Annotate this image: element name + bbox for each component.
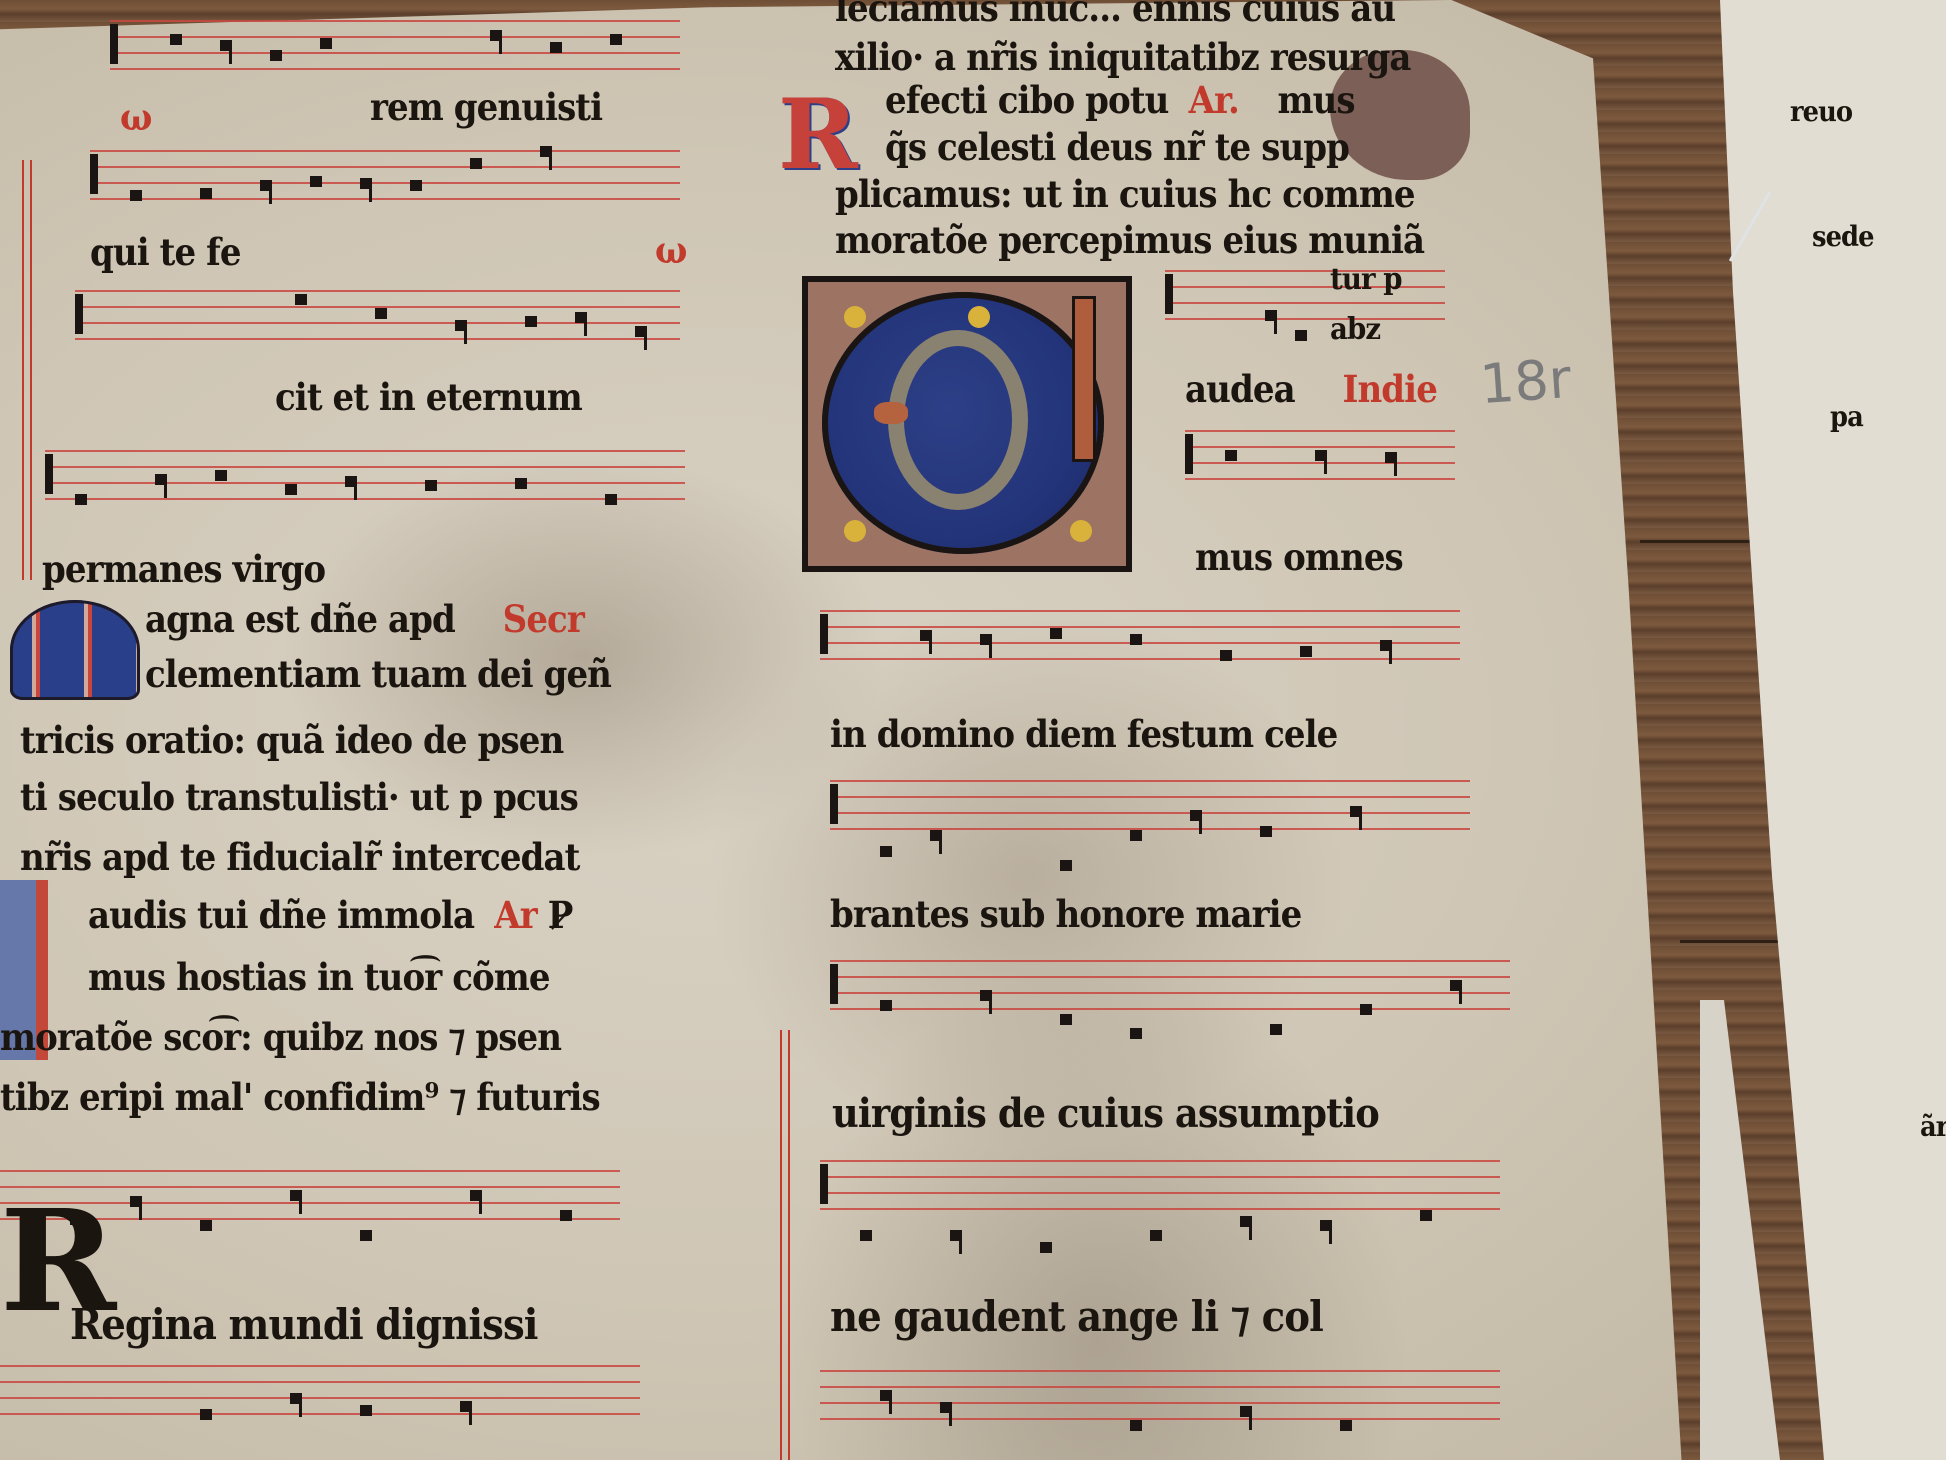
fragment-text: sede xyxy=(1812,220,1874,253)
prayer-text: agna est dñe apd xyxy=(145,597,455,641)
underlying-leaf-edge xyxy=(1700,1000,1780,1460)
rubric-text: ω xyxy=(655,228,686,272)
lyric-text: Regina mundi dignissi xyxy=(70,1300,538,1349)
prayer-line: tibz eripi mal' confidim⁹ ⁊ futuris xyxy=(0,1075,600,1119)
clef-icon xyxy=(45,454,53,494)
lyric-text: ne gaudent ange li ⁊ col xyxy=(830,1292,1323,1341)
lyric-text: cit et in eternum xyxy=(275,375,582,419)
lyric-text: rem genuisti xyxy=(370,85,602,129)
prayer-line: mus hostias in tuo͡r cõme xyxy=(88,955,550,999)
serpent-figure xyxy=(888,330,1028,510)
rubric-label: Indie xyxy=(1342,367,1436,411)
music-staff xyxy=(1185,430,1455,482)
prayer-line: ti seculo transtulisti· ut p pcus xyxy=(20,775,578,819)
clef-icon xyxy=(830,964,838,1004)
prayer-line: nr̃is apd te fiducialr̃ intercedat xyxy=(20,835,579,879)
lyric-text: in domino diem festum cele xyxy=(830,712,1337,756)
lyric-text: brantes sub honore marie xyxy=(830,892,1301,936)
music-staff xyxy=(830,960,1510,1012)
clef-icon xyxy=(1165,274,1173,314)
gold-dot xyxy=(844,520,866,542)
red-border-center xyxy=(780,1030,790,1460)
prayer-line: moratõe percepimus eius muniã xyxy=(835,218,1424,262)
music-staff xyxy=(110,20,680,72)
music-staff xyxy=(820,1370,1500,1422)
prayer-line: audis tui dñe immola Ar P̷ xyxy=(88,893,572,937)
prayer-text: audis tui dñe immola xyxy=(88,893,474,937)
aside-text: tur p xyxy=(1330,262,1402,297)
clef-icon xyxy=(1185,434,1193,474)
prayer-line: moratõe sco͡r: quibz nos ⁊ psen xyxy=(0,1015,561,1059)
lyric-text: audea xyxy=(1185,367,1295,411)
clef-icon xyxy=(830,784,838,824)
lyric-text: mus omnes xyxy=(1195,535,1403,579)
prayer-suffix: mus xyxy=(1277,78,1354,122)
clef-icon xyxy=(820,1164,828,1204)
decorated-initial-M xyxy=(10,600,140,700)
gold-dot xyxy=(844,306,866,328)
prayer-line: tricis oratio: quã ideo de psen xyxy=(20,718,563,762)
red-border-left xyxy=(22,160,32,580)
folio-number: 18r xyxy=(1478,347,1573,416)
rubric-text: ω xyxy=(120,95,151,139)
music-staff xyxy=(820,610,1460,662)
historiated-initial-G xyxy=(802,276,1132,572)
clef-icon xyxy=(75,294,83,334)
lyric-text: qui te fe xyxy=(90,230,241,274)
prayer-line: q̃s celesti deus nr̃ te supp xyxy=(885,125,1349,169)
music-staff xyxy=(90,150,680,202)
prayer-suffix: P̷ xyxy=(548,893,573,937)
music-staff xyxy=(1165,270,1445,322)
rubric-label: Secr xyxy=(503,597,584,641)
gold-dot xyxy=(1070,520,1092,542)
rubric-label: Ar xyxy=(494,893,537,937)
music-staff xyxy=(830,780,1470,832)
clef-icon xyxy=(90,154,98,194)
fragment-text: pa xyxy=(1830,400,1863,433)
music-staff xyxy=(75,290,680,342)
music-staff xyxy=(820,1160,1500,1212)
lyric-text: permanes virgo xyxy=(42,547,325,591)
gold-dot xyxy=(968,306,990,328)
clef-icon xyxy=(820,614,828,654)
serpent-head xyxy=(874,402,908,424)
prayer-line: plicamus: ut in cuius hc comme xyxy=(835,172,1415,216)
music-staff xyxy=(0,1365,640,1417)
prayer-line: efecti cibo potu Ar. mus xyxy=(885,78,1355,122)
prayer-text: efecti cibo potu xyxy=(885,78,1168,122)
prayer-line: xilio· a nr̃is iniquitatibz resurga xyxy=(835,35,1411,79)
fragment-text: ãr xyxy=(1920,1110,1946,1143)
prayer-line: clementiam tuam dei geñ xyxy=(145,652,611,696)
rubric-label: Ar. xyxy=(1189,78,1239,122)
fragment-text: reuo xyxy=(1790,95,1852,128)
music-staff xyxy=(45,450,685,502)
initial-bar xyxy=(1072,296,1096,462)
aside-text: abz xyxy=(1330,312,1380,347)
prayer-line: agna est dñe apd Secr xyxy=(145,597,584,641)
lyric-line: audea Indie xyxy=(1185,367,1437,411)
lyric-text: uirginis de cuius assumptio xyxy=(832,1090,1379,1137)
prayer-line: leciamus inuc... ennis cuius au xyxy=(835,0,1395,30)
clef-icon xyxy=(110,24,118,64)
